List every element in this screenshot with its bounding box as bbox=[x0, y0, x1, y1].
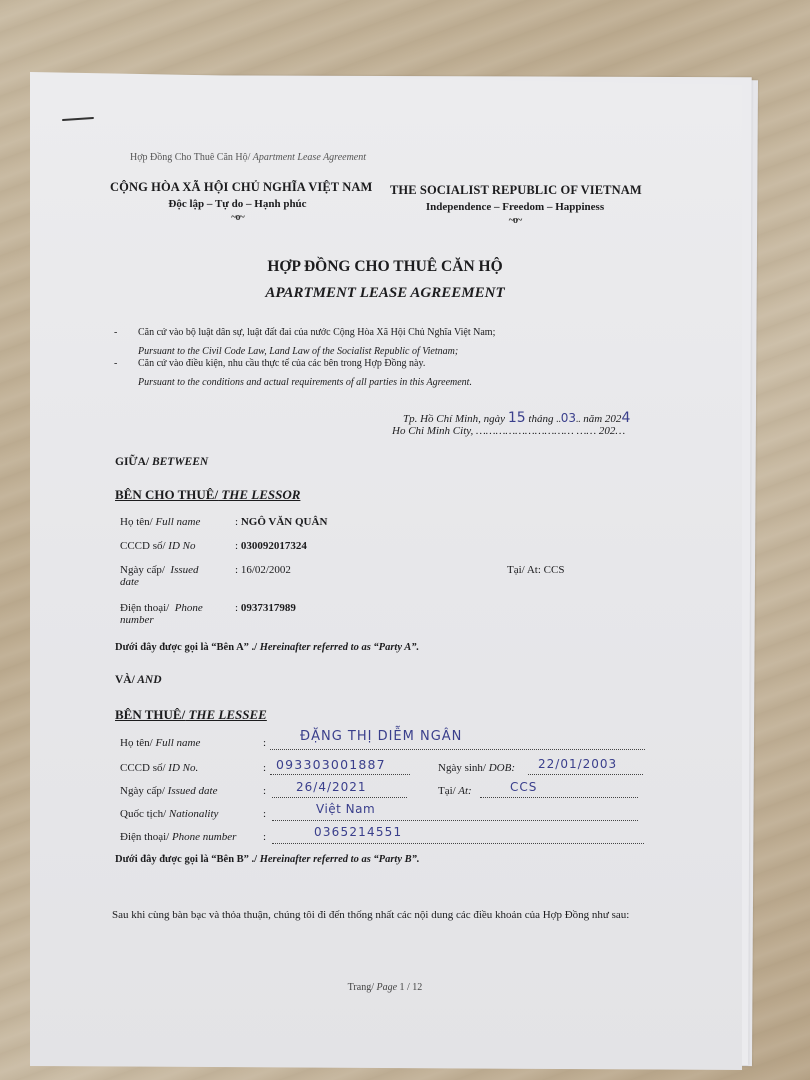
footer-en: Page bbox=[374, 982, 397, 993]
label-en: Issued date bbox=[165, 785, 218, 797]
motto-en: Independence – Freedom – Happiness bbox=[390, 201, 640, 213]
label-en-line2: date bbox=[120, 576, 139, 588]
lessee-nationality-label: Quốc tịch/ Nationality bbox=[120, 808, 218, 820]
label-en: DOB: bbox=[486, 762, 515, 774]
label-en: Full name bbox=[153, 516, 201, 528]
lessee-name-dotline bbox=[270, 749, 645, 750]
lessee-nationality-dotline bbox=[272, 820, 638, 821]
lessee-dob-label: Ngày sinh/ DOB: bbox=[438, 762, 515, 774]
closing-paragraph: Sau khi cùng bàn bạc và thỏa thuận, chún… bbox=[112, 906, 672, 924]
lessee-dob-field[interactable]: 22/01/2003 bbox=[538, 757, 617, 771]
label-vi: Điện thoại/ bbox=[120, 602, 169, 614]
basis-text-vi: Căn cứ vào bộ luật dân sự, luật đất đai … bbox=[138, 327, 495, 338]
label-vi: CCCD số/ bbox=[120, 540, 166, 552]
lessor-heading-vi: BÊN CHO THUÊ/ bbox=[115, 487, 218, 502]
lessee-heading-vi: BÊN THUÊ/ bbox=[115, 707, 185, 722]
lessee-phone-dotline bbox=[272, 843, 644, 844]
lessor-phone-value: 0937317989 bbox=[241, 602, 296, 614]
reference-en: Hereinafter referred to as “Party B”. bbox=[257, 854, 419, 865]
country-name-en: THE SOCIALIST REPUBLIC OF VIETNAM bbox=[390, 183, 640, 198]
running-header-vi: Hợp Đồng Cho Thuê Căn Hộ/ bbox=[130, 152, 250, 163]
place-date-vi: Tp. Hồ Chí Minh, ngày 15 tháng ..03.. nă… bbox=[403, 410, 630, 426]
lessor-id-field[interactable]: : 030092017324 bbox=[235, 540, 307, 552]
between-vi: GIỮA/ bbox=[115, 456, 149, 468]
running-header-en: Apartment Lease Agreement bbox=[250, 152, 366, 163]
basis-text-en: Pursuant to the conditions and actual re… bbox=[138, 377, 472, 388]
reference-vi: Dưới đây được gọi là “Bên B” ./ bbox=[115, 854, 257, 865]
label-vi: Họ tên/ bbox=[120, 737, 153, 749]
lessor-heading-en: THE LESSOR bbox=[218, 487, 300, 502]
document-title: HỢP ĐỒNG CHO THUÊ CĂN HỘ bbox=[0, 258, 770, 276]
label-en: Issued bbox=[168, 564, 199, 576]
document-subtitle: APARTMENT LEASE AGREEMENT bbox=[0, 285, 770, 302]
lessee-dob-dotline bbox=[528, 774, 643, 775]
month-value[interactable]: 03 bbox=[561, 411, 576, 425]
and-vi: VÀ/ bbox=[115, 674, 135, 686]
colon: : bbox=[263, 808, 266, 820]
month-label: tháng bbox=[528, 413, 553, 425]
label-en: Nationality bbox=[166, 808, 218, 820]
between-en: BETWEEN bbox=[149, 456, 208, 468]
label-vi: Tại/ bbox=[438, 785, 456, 797]
bullet-dash: - bbox=[114, 358, 117, 369]
and-en: AND bbox=[135, 674, 162, 686]
lessee-at-dotline bbox=[480, 797, 638, 798]
label-en: Phone bbox=[172, 602, 203, 614]
label-vi: Ngày cấp/ bbox=[120, 785, 165, 797]
label-en: Phone number bbox=[169, 831, 236, 843]
lessee-issued-label: Ngày cấp/ Issued date bbox=[120, 785, 217, 797]
lessor-id-label: CCCD số/ ID No bbox=[120, 540, 196, 552]
page-footer: Trang/ Page 1 / 12 bbox=[0, 982, 770, 993]
label-vi: Họ tên/ bbox=[120, 516, 153, 528]
and-label: VÀ/ AND bbox=[115, 674, 162, 686]
national-header-en: THE SOCIALIST REPUBLIC OF VIETNAM Indepe… bbox=[390, 183, 640, 226]
lessor-phone-field[interactable]: : 0937317989 bbox=[235, 602, 296, 614]
colon: : bbox=[263, 785, 266, 797]
label-vi: Quốc tịch/ bbox=[120, 808, 166, 820]
label-en: Full name bbox=[153, 737, 201, 749]
year-digit-value[interactable]: 4 bbox=[621, 410, 630, 426]
lessee-nationality-field[interactable]: Việt Nam bbox=[316, 802, 375, 816]
lessor-issued-field[interactable]: : 16/02/2002 bbox=[235, 564, 291, 576]
lessor-issued-label: Ngày cấp/ Issueddate bbox=[120, 564, 199, 588]
lessee-issued-dotline bbox=[272, 797, 407, 798]
label-vi: CCCD số/ bbox=[120, 762, 166, 774]
bullet-dash: - bbox=[114, 327, 117, 338]
place-date-en: Ho Chi Minh City, ………………………… …… 202… bbox=[392, 425, 625, 437]
footer-vi: Trang/ bbox=[348, 982, 374, 993]
country-name-vi: CỘNG HÒA XÃ HỘI CHỦ NGHĨA VIỆT NAM bbox=[110, 180, 365, 195]
place-date-prefix: Tp. Hồ Chí Minh, ngày bbox=[403, 413, 505, 425]
national-header-vi: CỘNG HÒA XÃ HỘI CHỦ NGHĨA VIỆT NAM Độc l… bbox=[110, 180, 365, 223]
lessor-at-field[interactable]: Tại/ At: CCS bbox=[507, 564, 564, 576]
year-label: năm 202 bbox=[583, 413, 621, 425]
lessor-phone-label: Điện thoại/ Phonenumber bbox=[120, 602, 203, 626]
label-vi: Ngày sinh/ bbox=[438, 762, 486, 774]
lessee-name-label: Họ tên/ Full name bbox=[120, 737, 200, 749]
lessor-issued-value: 16/02/2002 bbox=[241, 564, 291, 576]
lessee-issued-field[interactable]: 26/4/2021 bbox=[296, 780, 367, 794]
party-a-reference: Dưới đây được gọi là “Bên A” ./ Hereinaf… bbox=[115, 642, 419, 653]
label-en: ID No. bbox=[166, 762, 199, 774]
colon: : bbox=[263, 831, 266, 843]
colon: : bbox=[263, 737, 266, 749]
label-en-line2: number bbox=[120, 614, 154, 626]
lessee-id-field[interactable]: 093303001887 bbox=[276, 757, 386, 772]
lessee-at-label: Tại/ At: bbox=[438, 785, 472, 797]
ornament-icon: ~o~ bbox=[110, 212, 365, 223]
day-value[interactable]: 15 bbox=[508, 410, 526, 426]
running-header: Hợp Đồng Cho Thuê Căn Hộ/ Apartment Leas… bbox=[130, 152, 366, 163]
lessee-heading-en: THE LESSEE bbox=[185, 707, 267, 722]
basis-text-en: Pursuant to the Civil Code Law, Land Law… bbox=[138, 346, 458, 357]
label-en: At: bbox=[456, 785, 472, 797]
lessee-id-label: CCCD số/ ID No. bbox=[120, 762, 198, 774]
lessor-id-value: 030092017324 bbox=[241, 540, 307, 552]
page-number: 1 / 12 bbox=[397, 982, 422, 993]
lessee-heading: BÊN THUÊ/ THE LESSEE bbox=[115, 707, 267, 723]
lessor-at-value: CCS bbox=[544, 564, 565, 576]
ornament-icon: ~o~ bbox=[390, 215, 640, 226]
lessor-heading: BÊN CHO THUÊ/ THE LESSOR bbox=[115, 487, 300, 503]
between-label: GIỮA/ BETWEEN bbox=[115, 456, 208, 468]
basis-text-vi: Căn cứ vào điều kiện, nhu cầu thực tế củ… bbox=[138, 358, 425, 369]
reference-en: Hereinafter referred to as “Party A”. bbox=[257, 642, 419, 653]
lessee-name-field[interactable]: ĐẶNG THỊ DIỄM NGÂN bbox=[300, 729, 462, 744]
motto-vi: Độc lập – Tự do – Hạnh phúc bbox=[110, 198, 365, 210]
lessor-name-field[interactable]: : NGÔ VĂN QUÂN bbox=[235, 516, 327, 528]
label-en: ID No bbox=[166, 540, 196, 552]
label-vi: Ngày cấp/ bbox=[120, 564, 165, 576]
lessee-at-field[interactable]: CCS bbox=[510, 780, 537, 794]
party-b-reference: Dưới đây được gọi là “Bên B” ./ Hereinaf… bbox=[115, 854, 420, 865]
lessor-name-label: Họ tên/ Full name bbox=[120, 516, 200, 528]
lessee-phone-label: Điện thoại/ Phone number bbox=[120, 831, 236, 843]
lessee-id-dotline bbox=[270, 774, 410, 775]
reference-vi: Dưới đây được gọi là “Bên A” ./ bbox=[115, 642, 257, 653]
colon: : bbox=[263, 762, 266, 774]
lessor-at-label: Tại/ At: bbox=[507, 564, 541, 576]
label-vi: Điện thoại/ bbox=[120, 831, 169, 843]
lessor-name-value: NGÔ VĂN QUÂN bbox=[241, 516, 328, 528]
lessee-phone-field[interactable]: 0365214551 bbox=[314, 825, 402, 839]
